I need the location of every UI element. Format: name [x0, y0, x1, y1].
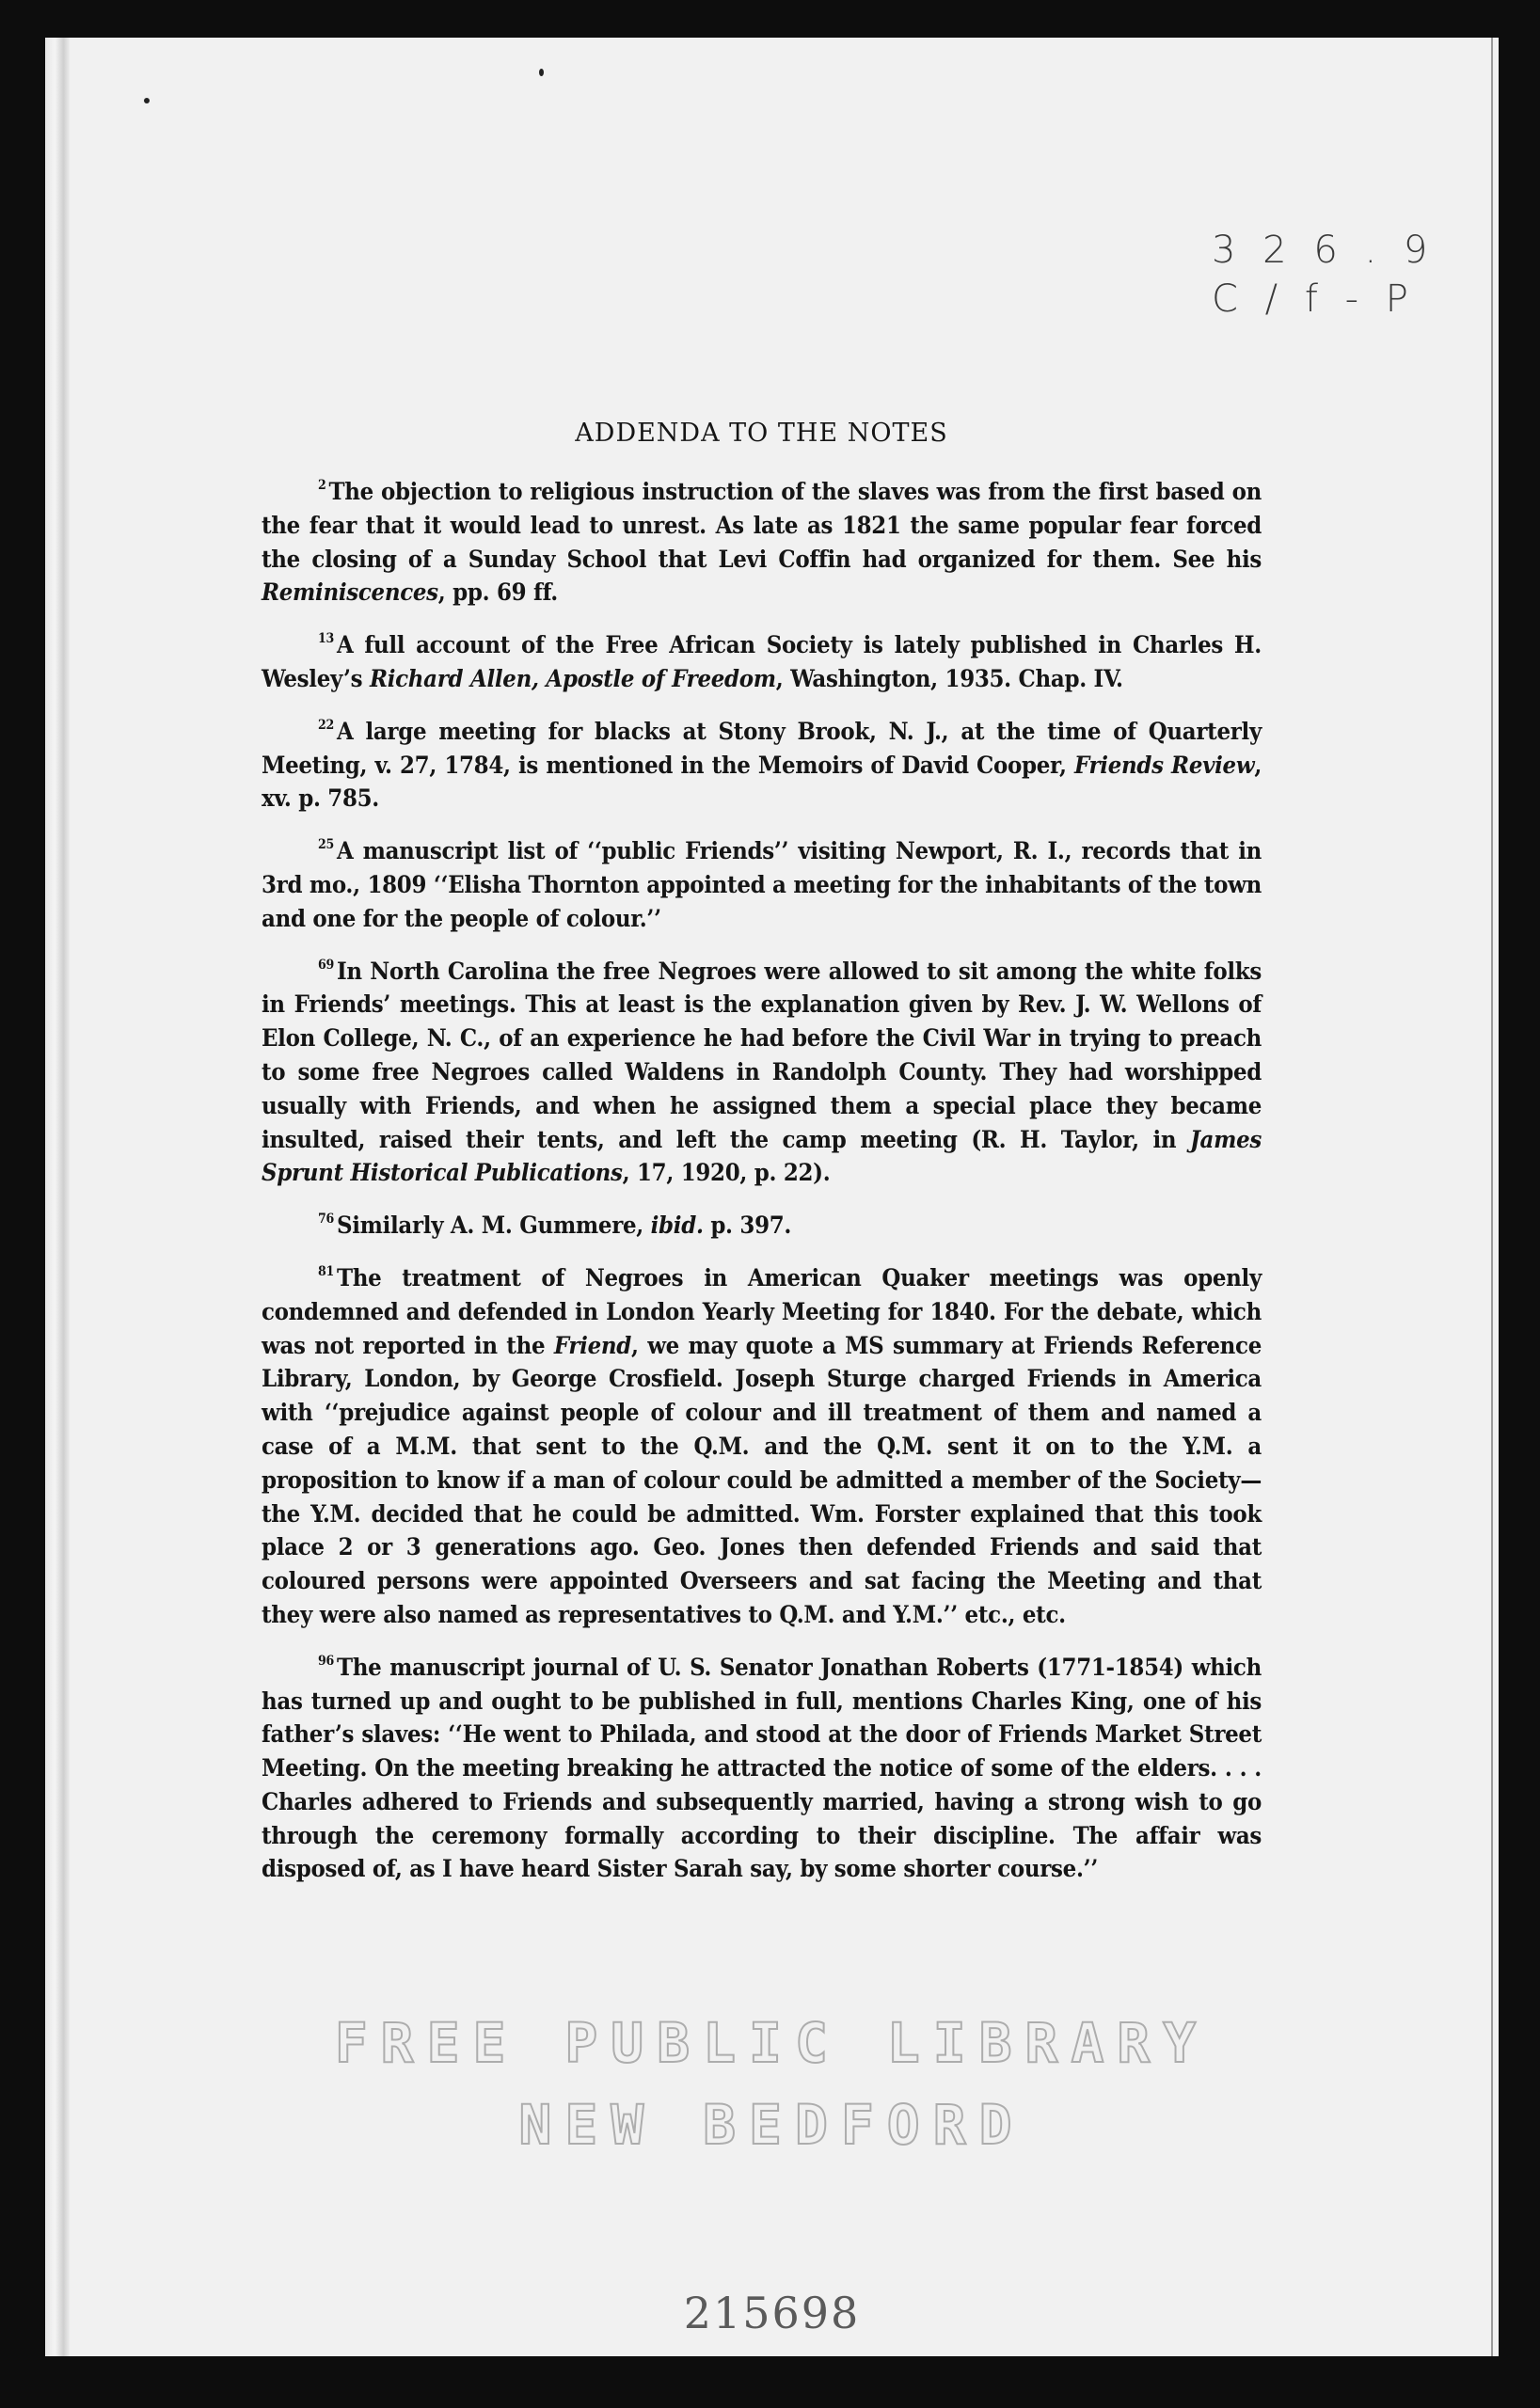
note-text: , Washington, 1935. Chap. IV. [776, 665, 1123, 693]
library-stamp-line2: NEW BEDFORD [45, 2093, 1499, 2157]
note-text: p. 397. [704, 1212, 791, 1240]
footnote-25: 25A manuscript list of ‘‘public Friends’… [262, 835, 1262, 936]
footnote-13: 13A full account of the Free African Soc… [262, 629, 1262, 697]
footnote-69: 69In North Carolina the free Negroes wer… [262, 956, 1262, 1192]
page-content: ADDENDA TO THE NOTES 2The objection to r… [262, 419, 1262, 1906]
footnote-2: 2The objection to religious instruction … [262, 476, 1262, 610]
footnote-number: 81 [318, 1264, 334, 1279]
cited-title: Reminiscences [262, 578, 438, 607]
ink-speck [144, 98, 150, 103]
cited-title: Friends Review [1074, 752, 1254, 780]
footnote-number: 69 [318, 958, 334, 973]
page-title: ADDENDA TO THE NOTES [262, 419, 1262, 448]
accession-number: 215698 [45, 2288, 1499, 2338]
note-text: The objection to religious instruction o… [262, 478, 1262, 574]
note-text: In North Carolina the free Negroes were … [262, 958, 1262, 1154]
cited-title: Richard Allen, Apostle of Freedom [370, 665, 776, 693]
page-right-edge [1491, 38, 1493, 2356]
ink-speck [539, 69, 544, 76]
call-number-line1: 3 2 6 . 9 [1212, 226, 1435, 275]
footnote-number: 96 [318, 1654, 334, 1669]
footnote-number: 76 [318, 1212, 334, 1227]
library-stamp-line1: FREE PUBLIC LIBRARY [45, 2011, 1499, 2075]
scanned-page: 3 2 6 . 9 C / f - P ADDENDA TO THE NOTES… [45, 38, 1499, 2356]
cited-title: Friend [554, 1332, 631, 1360]
note-text: The manuscript journal of U. S. Senator … [262, 1654, 1262, 1884]
notes-list: 2The objection to religious instruction … [262, 476, 1262, 1887]
note-text: , we may quote a MS summary at Friends R… [262, 1332, 1262, 1629]
call-number-line2: C / f - P [1212, 275, 1435, 324]
footnote-number: 22 [318, 718, 334, 733]
note-text: , pp. 69 ff. [438, 578, 558, 607]
footnote-number: 25 [318, 837, 334, 852]
footnote-22: 22A large meeting for blacks at Stony Br… [262, 716, 1262, 816]
footnote-81: 81The treatment of Negroes in American Q… [262, 1262, 1262, 1633]
note-text: , 17, 1920, p. 22). [623, 1159, 831, 1187]
handwritten-call-number: 3 2 6 . 9 C / f - P [1212, 226, 1435, 324]
note-text: Similarly A. M. Gummere, [337, 1212, 651, 1240]
footnote-96: 96The manuscript journal of U. S. Senato… [262, 1652, 1262, 1888]
page-binding-edge [45, 38, 70, 2356]
footnote-number: 13 [318, 631, 334, 646]
cited-title: ibid. [651, 1212, 704, 1240]
note-text: A manuscript list of ‘‘public Friends’’ … [262, 837, 1262, 933]
footnote-76: 76Similarly A. M. Gummere, ibid. p. 397. [262, 1210, 1262, 1244]
footnote-number: 2 [318, 478, 325, 493]
